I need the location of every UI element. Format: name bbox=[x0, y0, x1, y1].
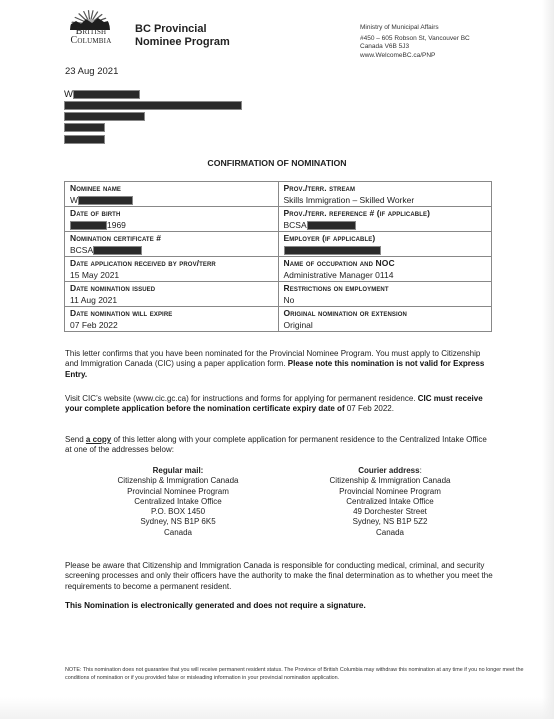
recipient-initial: W bbox=[64, 89, 73, 100]
logo-wordmark: British Columbia bbox=[62, 27, 120, 45]
field-label: Prov./terr. reference # (if applicable) bbox=[284, 208, 488, 219]
table-cell: Nominee nameW bbox=[65, 182, 279, 207]
redaction-bar bbox=[64, 135, 105, 144]
field-value: BCSA bbox=[284, 219, 488, 231]
regular-mail-address: Regular mail: Citizenship & Immigration … bbox=[78, 466, 278, 538]
field-label: Employer (if applicable) bbox=[284, 233, 488, 244]
table-row: Date application received by prov/terr15… bbox=[65, 257, 492, 282]
field-value: Original bbox=[284, 319, 488, 331]
address-heading: Regular mail: bbox=[78, 466, 278, 476]
website-link[interactable]: www.WelcomeBC.ca/PNP bbox=[360, 52, 470, 61]
table-cell: Date application received by prov/terr15… bbox=[65, 257, 279, 282]
table-cell: Prov./terr. streamSkills Immigration – S… bbox=[278, 182, 492, 207]
field-label: Original nomination or extension bbox=[284, 308, 488, 319]
letter-date: 23 Aug 2021 bbox=[65, 66, 118, 77]
table-cell: Prov./terr. reference # (if applicable)B… bbox=[278, 207, 492, 232]
field-label: Date nomination issued bbox=[70, 283, 274, 294]
redaction-bar bbox=[284, 246, 381, 255]
table-cell: Employer (if applicable) bbox=[278, 232, 492, 257]
table-row: Nomination certificate #BCSAEmployer (if… bbox=[65, 232, 492, 257]
field-value: Skills Immigration – Skilled Worker bbox=[284, 194, 488, 206]
program-title: BC Provincial Nominee Program bbox=[135, 23, 230, 48]
field-label: Date nomination will expire bbox=[70, 308, 274, 319]
field-label: Restrictions on employment bbox=[284, 283, 488, 294]
field-value: No bbox=[284, 294, 488, 306]
address-heading: Courier address: bbox=[290, 466, 490, 476]
address-line: #450 – 605 Robson St, Vancouver BC bbox=[360, 35, 470, 44]
field-label: Date of birth bbox=[70, 208, 274, 219]
field-value: 07 Feb 2022 bbox=[70, 319, 274, 331]
table-cell: Restrictions on employmentNo bbox=[278, 282, 492, 307]
page-edge-shadow bbox=[542, 0, 554, 719]
table-row: Date nomination will expire07 Feb 2022Or… bbox=[65, 307, 492, 332]
redaction-bar bbox=[78, 196, 133, 205]
table-cell: Date nomination will expire07 Feb 2022 bbox=[65, 307, 279, 332]
table-row: Date of birth1969Prov./terr. reference #… bbox=[65, 207, 492, 232]
redaction-bar bbox=[64, 123, 105, 132]
field-label: Date application received by prov/terr bbox=[70, 258, 274, 269]
field-value: Administrative Manager 0114 bbox=[284, 269, 488, 281]
signature-note: This Nomination is electronically genera… bbox=[65, 601, 366, 610]
courier-address: Courier address: Citizenship & Immigrati… bbox=[290, 466, 490, 538]
paragraph-cic-website: Visit CIC’s website (www.cic.gc.ca) for … bbox=[65, 394, 495, 415]
field-value: W bbox=[70, 194, 274, 206]
redaction-bar bbox=[73, 90, 140, 99]
field-value bbox=[284, 244, 488, 256]
field-value: BCSA bbox=[70, 244, 274, 256]
field-value: 11 Aug 2021 bbox=[70, 294, 274, 306]
field-value: 15 May 2021 bbox=[70, 269, 274, 281]
address-line: Canada V6B 5J3 bbox=[360, 43, 470, 52]
table-cell: Date nomination issued11 Aug 2021 bbox=[65, 282, 279, 307]
redaction-bar bbox=[70, 221, 107, 230]
field-label: Nomination certificate # bbox=[70, 233, 274, 244]
field-label: Name of occupation and NOC bbox=[284, 258, 488, 269]
field-value: 1969 bbox=[70, 219, 274, 231]
redaction-bar bbox=[307, 221, 356, 230]
ministry-address-block: Ministry of Municipal Affairs #450 – 605… bbox=[360, 24, 470, 60]
table-cell: Original nomination or extensionOriginal bbox=[278, 307, 492, 332]
ministry-name: Ministry of Municipal Affairs bbox=[360, 24, 470, 33]
field-label: Nominee name bbox=[70, 183, 274, 194]
recipient-block: W bbox=[64, 89, 242, 145]
document-title: CONFIRMATION OF NOMINATION bbox=[0, 158, 554, 168]
table-cell: Date of birth1969 bbox=[65, 207, 279, 232]
redaction-bar bbox=[93, 246, 142, 255]
redaction-bar bbox=[64, 112, 145, 121]
paragraph-send-copy: Send a copy of this letter along with yo… bbox=[65, 435, 495, 456]
table-row: Nominee nameWProv./terr. streamSkills Im… bbox=[65, 182, 492, 207]
field-label: Prov./terr. stream bbox=[284, 183, 488, 194]
nomination-details-table: Nominee nameWProv./terr. streamSkills Im… bbox=[64, 181, 492, 332]
footer-note: NOTE: This nomination does not guarantee… bbox=[65, 666, 535, 683]
table-cell: Nomination certificate #BCSA bbox=[65, 232, 279, 257]
paragraph-confirmation: This letter confirms that you have been … bbox=[65, 349, 495, 380]
page-bottom-shadow bbox=[0, 697, 554, 719]
redaction-bar bbox=[64, 101, 242, 110]
table-row: Date nomination issued11 Aug 2021Restric… bbox=[65, 282, 492, 307]
table-cell: Name of occupation and NOCAdministrative… bbox=[278, 257, 492, 282]
paragraph-screening: Please be aware that Citizenship and Imm… bbox=[65, 561, 495, 592]
